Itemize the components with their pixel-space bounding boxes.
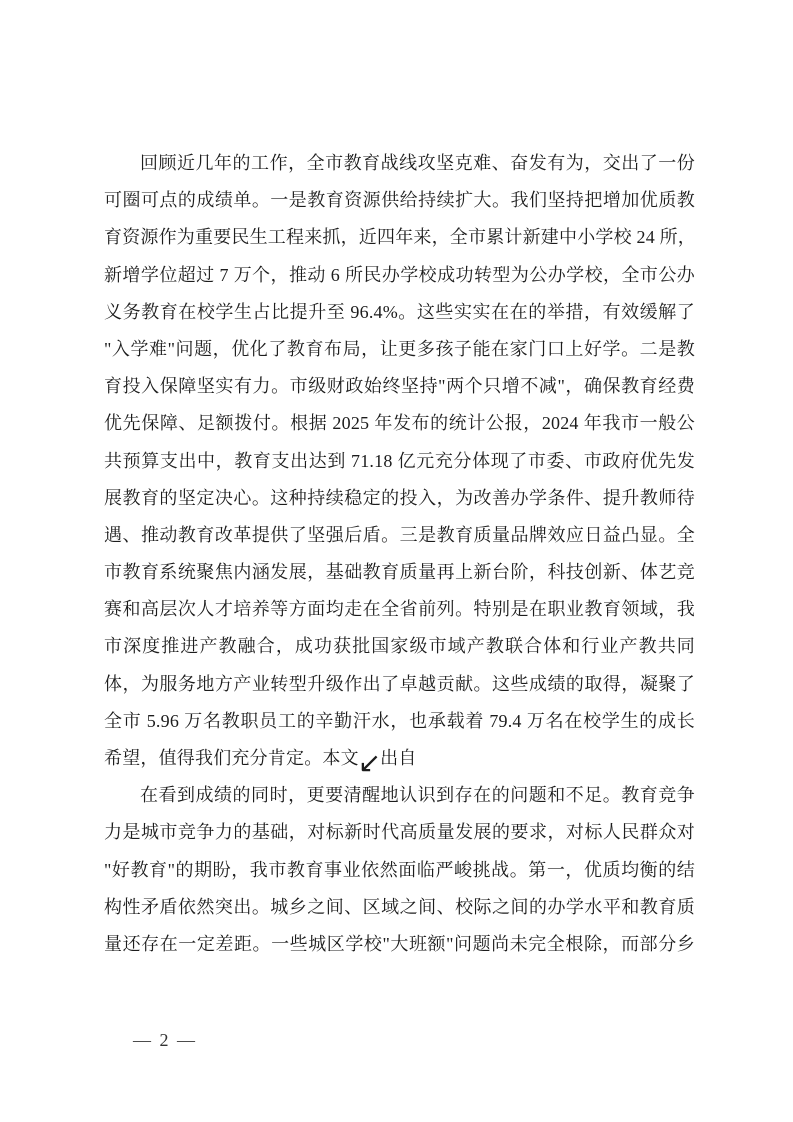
document-page: 回顾近几年的工作，全市教育战线攻坚克难、奋发有为，交出了一份 可圈可点的成绩单。… [0, 0, 793, 1122]
text-line: 力是城市竞争力的基础，对标新时代高质量发展的要求，对标人民群众对 [104, 814, 695, 851]
text-line: 在看到成绩的同时，更要清醒地认识到存在的问题和不足。教育竞争 [104, 777, 695, 814]
text-line: 体，为服务地方产业转型升级作出了卓越贡献。这些成绩的取得，凝聚了 [104, 666, 695, 703]
paragraph: 在看到成绩的同时，更要清醒地认识到存在的问题和不足。教育竞争 力是城市竞争力的基… [104, 777, 695, 963]
text-line: 义务教育在校学生占比提升至 96.4%。这些实实在在的举措，有效缓解了 [104, 294, 695, 331]
text-line: 遇、推动教育改革提供了坚强后盾。三是教育质量品牌效应日益凸显。全 [104, 517, 695, 554]
text-line: 市教育系统聚焦内涵发展，基础教育质量再上新台阶，科技创新、体艺竞 [104, 554, 695, 591]
text-line: 量还存在一定差距。一些城区学校"大班额"问题尚未完全根除，而部分乡 [104, 926, 695, 963]
text-line: "入学难"问题，优化了教育布局，让更多孩子能在家门口上好学。二是教 [104, 331, 695, 368]
text-line: 可圈可点的成绩单。一是教育资源供给持续扩大。我们坚持把增加优质教 [104, 182, 695, 219]
text-line: "好教育"的期盼，我市教育事业依然面临严峻挑战。第一，优质均衡的结 [104, 852, 695, 889]
page-number: — 2 — [133, 1026, 197, 1054]
text-line: 育投入保障坚实有力。市级财政始终坚持"两个只增不减"，确保教育经费 [104, 368, 695, 405]
text-line-with-arrow: 希望，值得我们充分肯定。本文↙出自 [104, 740, 695, 777]
text-line: 新增学位超过 7 万个，推动 6 所民办学校成功转型为公办学校，全市公办 [104, 257, 695, 294]
text-line: 赛和高层次人才培养等方面均走在全省前列。特别是在职业教育领域，我 [104, 591, 695, 628]
text-line: 展教育的坚定决心。这种持续稳定的投入，为改善办学条件、提升教师待 [104, 480, 695, 517]
text-line: 育资源作为重要民生工程来抓，近四年来，全市累计新建中小学校 24 所， [104, 219, 695, 256]
text-line: 回顾近几年的工作，全市教育战线攻坚克难、奋发有为，交出了一份 [104, 145, 695, 182]
text-line: 共预算支出中，教育支出达到 71.18 亿元充分体现了市委、市政府优先发 [104, 443, 695, 480]
text-segment: 希望，值得我们充分肯定。本文 [104, 748, 359, 768]
body-text: 回顾近几年的工作，全市教育战线攻坚克难、奋发有为，交出了一份 可圈可点的成绩单。… [104, 145, 695, 963]
text-line: 构性矛盾依然突出。城乡之间、区域之间、校际之间的办学水平和教育质 [104, 889, 695, 926]
paragraph: 回顾近几年的工作，全市教育战线攻坚克难、奋发有为，交出了一份 可圈可点的成绩单。… [104, 145, 695, 777]
text-segment: 出自 [380, 748, 416, 768]
text-line: 优先保障、足额拨付。根据 2025 年发布的统计公报，2024 年我市一般公 [104, 405, 695, 442]
text-line: 市深度推进产教融合，成功获批国家级市域产教联合体和行业产教共同 [104, 628, 695, 665]
text-line: 全市 5.96 万名教职员工的辛勤汗水，也承载着 79.4 万名在校学生的成长 [104, 703, 695, 740]
